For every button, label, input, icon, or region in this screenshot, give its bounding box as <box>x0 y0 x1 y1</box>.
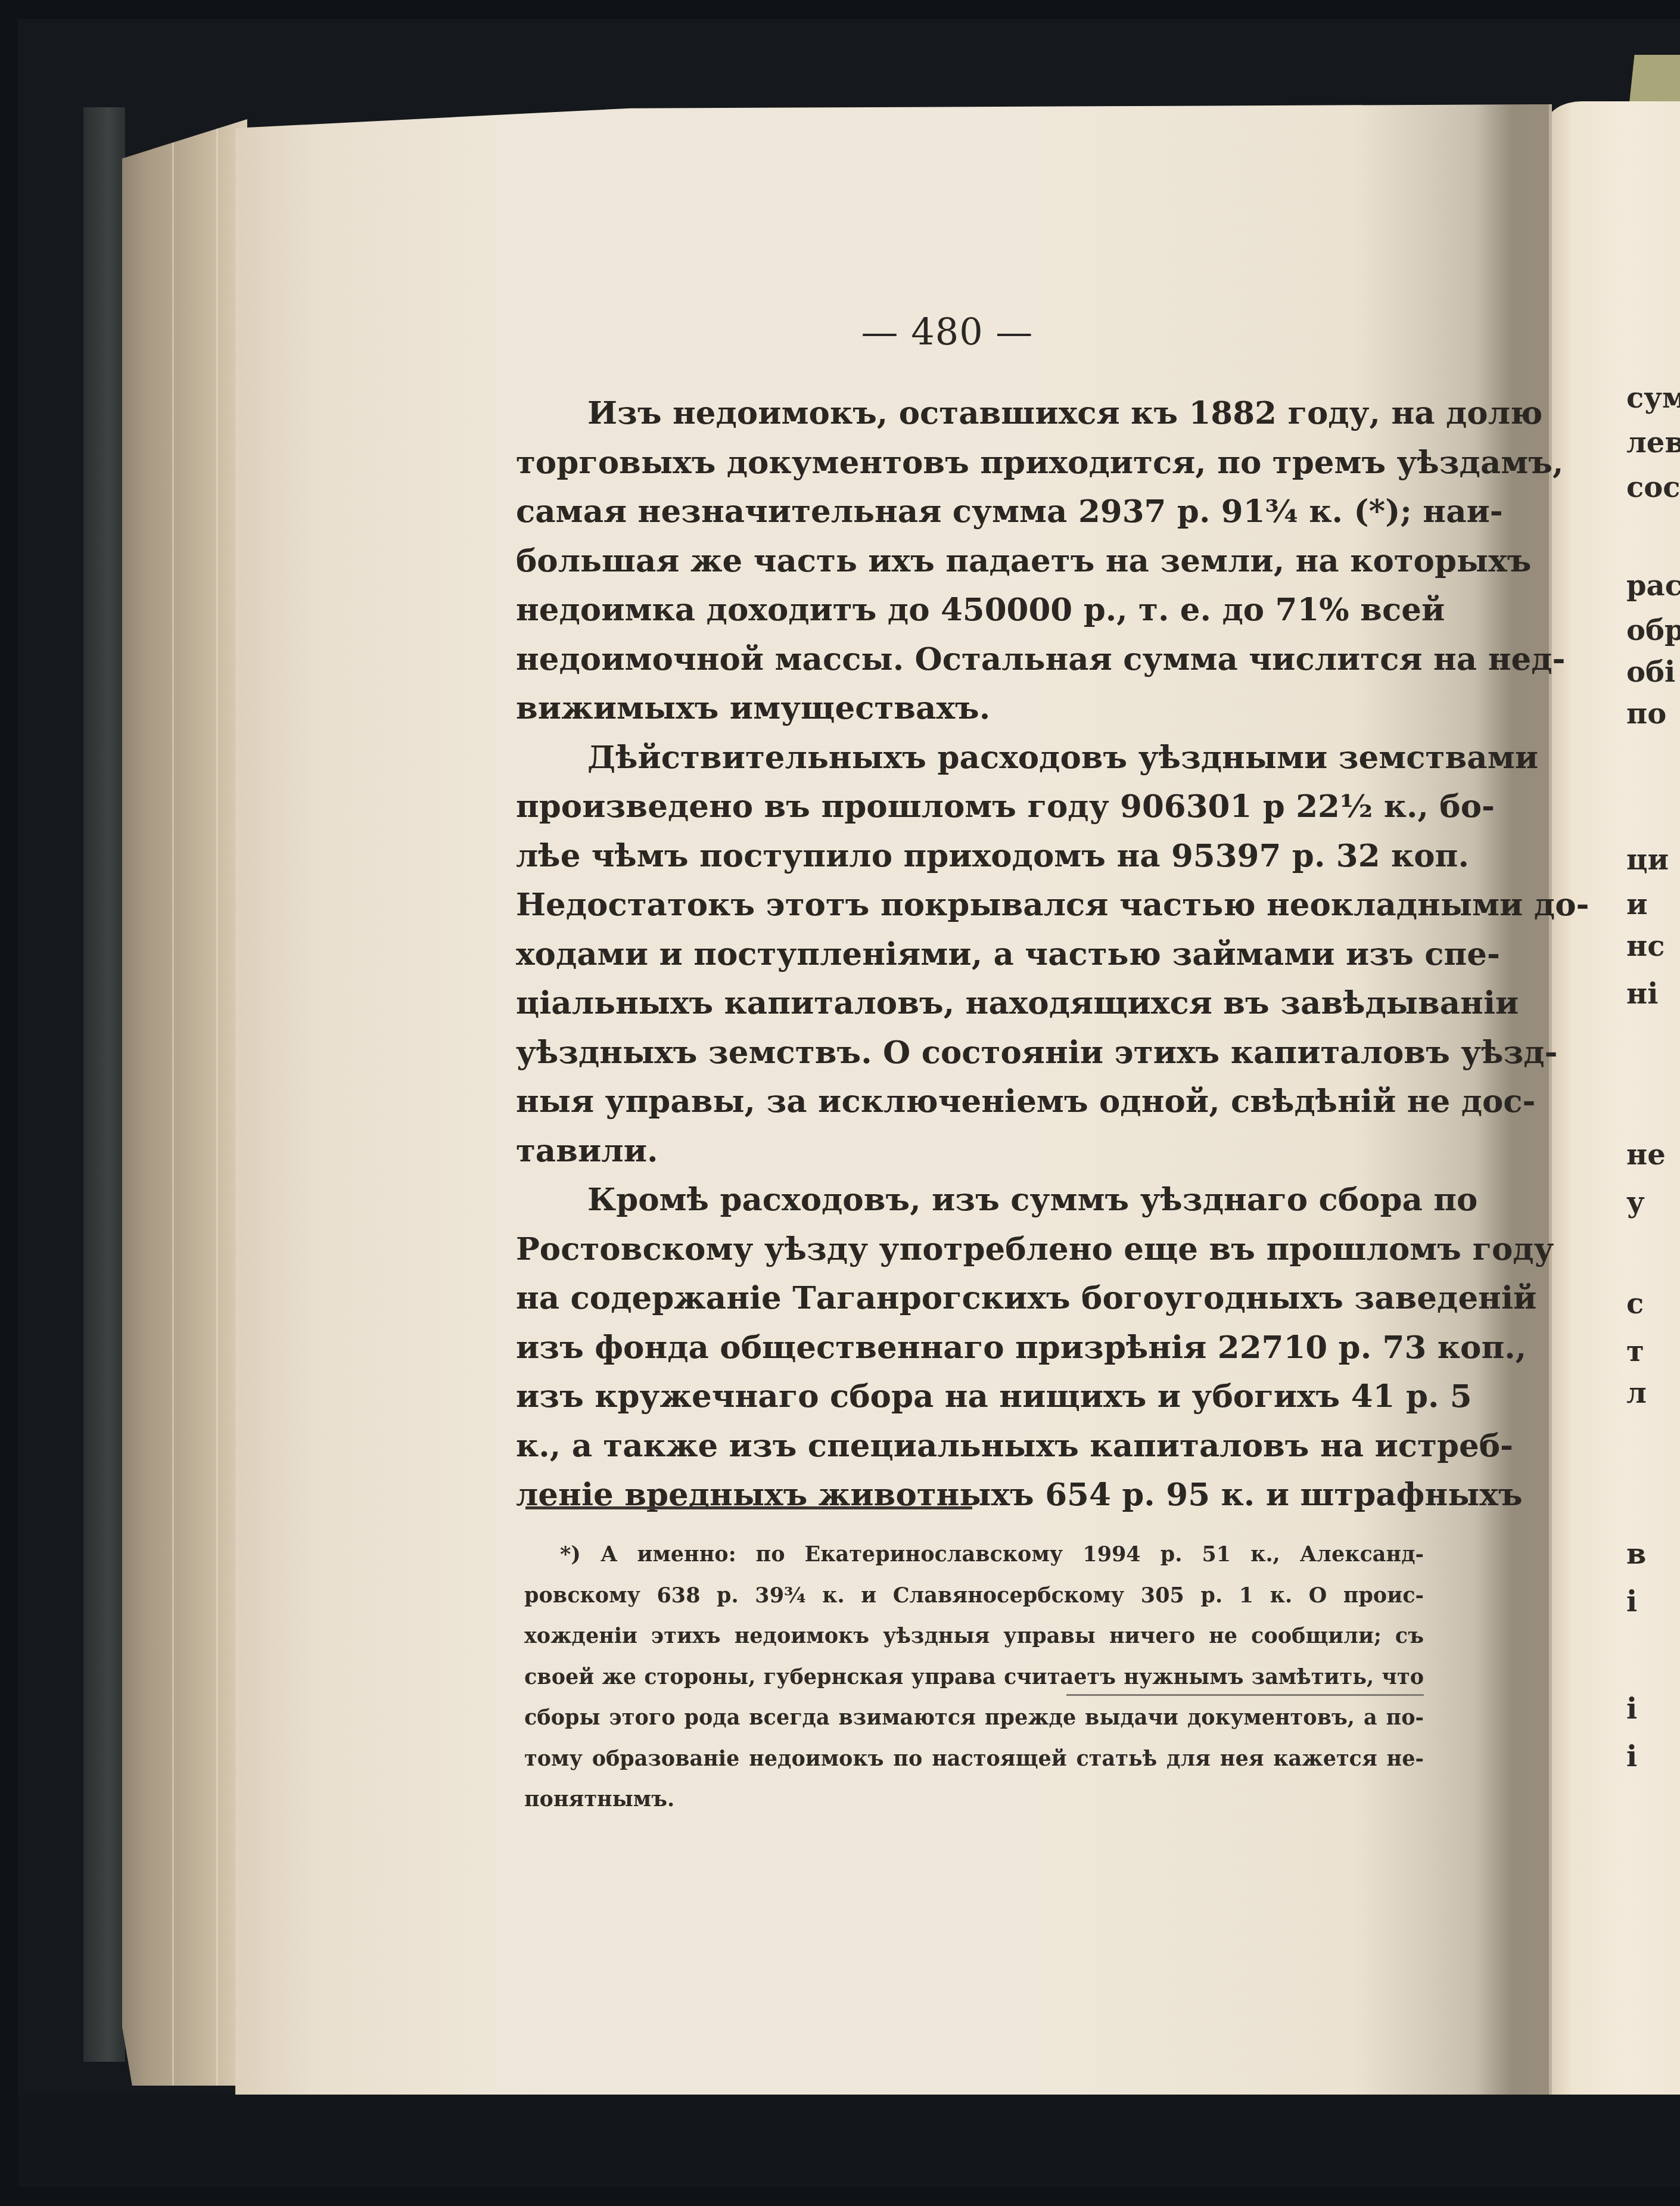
text-line: Ростовскому уѣзду употреблено еще въ про… <box>516 1225 1424 1274</box>
text-line: Кромѣ расходовъ, изъ суммъ уѣзднаго сбор… <box>516 1175 1424 1225</box>
text-line: сборы этого рода всегда взимаются прежде… <box>524 1698 1424 1739</box>
text-line: тавили. <box>516 1126 1424 1176</box>
text-line: лѣе чѣмъ поступило приходомъ на 95397 р.… <box>516 831 1424 881</box>
facing-page-fragment: нс <box>1626 930 1665 963</box>
text-line: изъ фонда общественнаго призрѣнія 22710 … <box>516 1323 1424 1372</box>
text-line: произведено въ прошломъ году 906301 р 22… <box>516 782 1424 831</box>
text-line: недоимка доходитъ до 450000 р., т. е. до… <box>516 585 1424 635</box>
scan-bottom-background <box>18 2095 1680 2187</box>
text-line: ровскому 638 р. 39¾ к. и Славяносербском… <box>524 1576 1424 1617</box>
text-line: ходами и поступленіями, а частью займами… <box>516 930 1424 979</box>
text-line: Изъ недоимокъ, оставшихся къ 1882 году, … <box>516 389 1424 438</box>
text-line: тому образованіе недоимокъ по настоящей … <box>524 1739 1424 1780</box>
text-line: Недостатокъ этотъ покрывался частью неок… <box>516 880 1424 930</box>
page-edge-line <box>216 119 218 2086</box>
text-line: ныя управы, за исключеніемъ одной, свѣдѣ… <box>516 1077 1424 1126</box>
facing-page-fragment: і <box>1626 1585 1637 1618</box>
facing-page-fragment: в <box>1626 1537 1646 1571</box>
facing-page-fragment: с <box>1626 1287 1644 1321</box>
text-line: вижимыхъ имуществахъ. <box>516 683 1424 733</box>
facing-page-fragment: и <box>1626 888 1648 921</box>
text-line: уѣздныхъ земствъ. О состояніи этихъ капи… <box>516 1028 1424 1077</box>
text-line: Дѣйствительныхъ расходовъ уѣздными земст… <box>516 733 1424 782</box>
footnote: *) А именно: по Екатеринославскому 1994 … <box>524 1534 1424 1820</box>
text-line: ціальныхъ капиталовъ, находящихся въ зав… <box>516 978 1424 1028</box>
facing-page-fragment: ци <box>1626 843 1669 877</box>
text-line: самая незначительная сумма 2937 р. 91¾ к… <box>516 487 1424 536</box>
facing-page-fragment: не <box>1626 1138 1666 1172</box>
book-cover-edge <box>83 107 125 2062</box>
text-line: изъ кружечнаго сбора на нищихъ и убогихъ… <box>516 1372 1424 1421</box>
facing-page-fragment: лев <box>1626 426 1680 459</box>
page-edge-line <box>172 119 174 2086</box>
text-line: понятнымъ. <box>524 1779 1424 1820</box>
facing-page-fragment: по <box>1626 697 1666 731</box>
body-text: Изъ недоимокъ, оставшихся къ 1882 году, … <box>516 389 1424 1520</box>
facing-page-fragment: сум <box>1626 381 1680 415</box>
facing-page-fragment: т <box>1626 1335 1644 1368</box>
facing-page-fragment: у <box>1626 1186 1645 1219</box>
facing-page-fragment: і <box>1626 1740 1637 1773</box>
text-line: большая же часть ихъ падаетъ на земли, н… <box>516 536 1424 586</box>
footnote-rule <box>525 1506 972 1509</box>
facing-page-fragment: рас <box>1626 569 1680 602</box>
facing-page-fragment: л <box>1626 1377 1647 1410</box>
facing-page-text: сумлевсосрасобробіпоциинснінеустлвііі <box>1626 0 1680 2095</box>
footnote-underline-mark <box>1066 1694 1424 1696</box>
text-line: своей же стороны, губернская управа счит… <box>524 1657 1424 1698</box>
text-line: на содержаніе Таганрогскихъ богоугодныхъ… <box>516 1273 1424 1323</box>
facing-page-fragment: і <box>1626 1692 1637 1726</box>
facing-page-fragment: ні <box>1626 977 1658 1011</box>
text-line: недоимочной массы. Остальная сумма числи… <box>516 635 1424 684</box>
text-line: леніе вредныхъ животныхъ 654 р. 95 к. и … <box>516 1470 1424 1520</box>
page-stack-edge <box>122 119 247 2086</box>
text-line: хожденіи этихъ недоимокъ уѣздныя управы … <box>524 1616 1424 1657</box>
facing-page-fragment: обр <box>1626 614 1680 647</box>
facing-page-fragment: сос <box>1626 471 1680 504</box>
page-number: — 480 — <box>858 310 1037 353</box>
facing-page-fragment: обі <box>1626 655 1675 689</box>
text-line: торговыхъ документовъ приходится, по тре… <box>516 438 1424 487</box>
text-line: к., а также изъ специальныхъ капиталовъ … <box>516 1421 1424 1471</box>
text-line: *) А именно: по Екатеринославскому 1994 … <box>524 1534 1424 1576</box>
